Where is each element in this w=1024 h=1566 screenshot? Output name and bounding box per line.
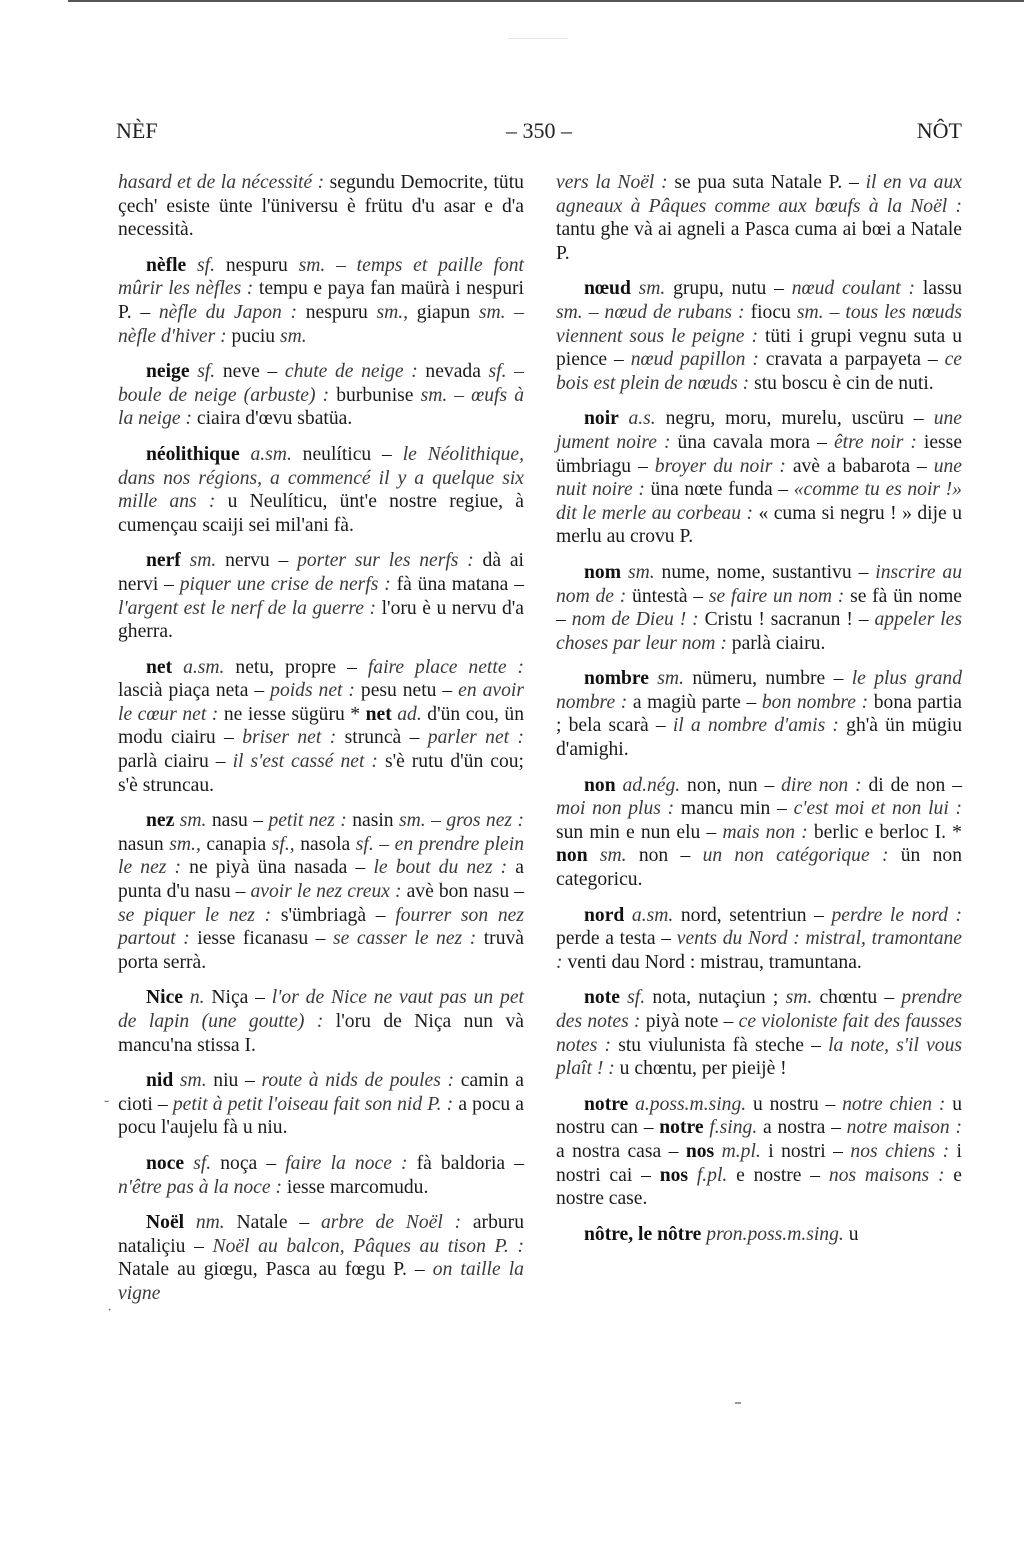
dictionary-entry: nœud sm. grupu, nutu – nœud coulant : la…: [556, 277, 962, 395]
translation-text: parlà ciairu –: [118, 751, 233, 772]
french-or-grammar-text: avoir le nez creux :: [251, 881, 407, 902]
french-or-grammar-text: sm.,: [377, 302, 417, 323]
translation-text: üntestà –: [632, 586, 709, 607]
french-or-grammar-text: l'argent est le nerf de la guerre :: [118, 598, 382, 619]
translation-text: ne piyà üna nasada –: [189, 857, 373, 878]
translation-text: nume, nome, sustantivu –: [662, 562, 876, 583]
translation-text: nota, nutaçiun ;: [652, 987, 785, 1008]
french-or-grammar-text: notre maison :: [847, 1117, 962, 1138]
dictionary-entry: Nice n. Niça – l'or de Nice ne vaut pas …: [118, 986, 524, 1057]
dictionary-entry: noir a.s. negru, moru, murelu, uscüru – …: [556, 407, 962, 549]
translation-text: mancu min –: [681, 798, 794, 819]
french-or-grammar-text: nœud papillon :: [631, 349, 766, 370]
translation-text: nevada: [425, 361, 488, 382]
french-or-grammar-text: sf.: [197, 361, 223, 382]
headword: nez: [146, 810, 180, 831]
translation-text: Cristu ! sacranun ! –: [705, 609, 875, 630]
dictionary-entry: nôtre, le nôtre pron.poss.m.sing. u: [556, 1223, 962, 1247]
headword: nerf: [146, 550, 190, 571]
translation-text: stu boscu è cin de nuti.: [754, 373, 934, 394]
scan-top-edge: [68, 0, 1024, 2]
translation-text: a nostra casa –: [556, 1141, 686, 1162]
french-or-grammar-text: nèfle du Japon :: [159, 302, 306, 323]
french-or-grammar-text: m.pl.: [722, 1141, 769, 1162]
translation-text: nasola: [300, 834, 356, 855]
translation-text: e nostre –: [736, 1165, 829, 1186]
translation-text: netu, propre –: [235, 657, 367, 678]
dictionary-entry: néolithique a.sm. neulíticu – le Néolith…: [118, 443, 524, 537]
headword: Noël: [146, 1212, 196, 1233]
translation-text: ne iesse sügüru *: [224, 704, 366, 725]
translation-text: piyà note –: [646, 1011, 739, 1032]
french-or-grammar-text: notre chien :: [842, 1094, 952, 1115]
french-or-grammar-text: ad.: [397, 704, 427, 725]
french-or-grammar-text: sm.: [628, 562, 662, 583]
translation-text: niu –: [213, 1070, 261, 1091]
french-or-grammar-text: sm.,: [169, 834, 206, 855]
dictionary-entry: nerf sm. nervu – porter sur les nerfs : …: [118, 549, 524, 643]
headword: néolithique: [146, 444, 250, 465]
headword: nos: [660, 1165, 697, 1186]
headword: neige: [146, 361, 197, 382]
translation-text: fà üna matana –: [397, 574, 524, 595]
translation-text: nervu –: [225, 550, 297, 571]
translation-text: iesse ficanasu –: [197, 928, 333, 949]
french-or-grammar-text: nos maisons :: [829, 1165, 953, 1186]
headword: non: [584, 775, 622, 796]
page-header: NÈF – 350 – NÔT: [116, 118, 962, 148]
french-or-grammar-text: mais non :: [722, 822, 813, 843]
dictionary-entry: net a.sm. netu, propre – faire place net…: [118, 656, 524, 798]
french-or-grammar-text: poids net :: [270, 680, 361, 701]
french-or-grammar-text: un non catégorique :: [703, 845, 901, 866]
french-or-grammar-text: a.s.: [628, 408, 665, 429]
right-guide-word: NÔT: [917, 118, 962, 144]
entry-continuation: hasard et de la nécessité : segundu Demo…: [118, 171, 524, 242]
translation-text: neve –: [223, 361, 285, 382]
french-or-grammar-text: nos chiens :: [850, 1141, 956, 1162]
translation-text: nasin: [352, 810, 399, 831]
french-or-grammar-text: piquer une crise de nerfs :: [180, 574, 397, 595]
french-or-grammar-text: sm. – nœud de rubans :: [556, 302, 751, 323]
translation-text: nümeru, numbre –: [692, 668, 851, 689]
page-footer-mark: [735, 1402, 741, 1404]
french-or-grammar-text: nœud coulant :: [792, 278, 923, 299]
translation-text: struncà –: [345, 727, 428, 748]
french-or-grammar-text: bon nombre :: [762, 692, 874, 713]
translation-text: u: [849, 1224, 859, 1245]
translation-text: nasu –: [212, 810, 269, 831]
french-or-grammar-text: se piquer le nez :: [118, 905, 281, 926]
headword: noce: [146, 1153, 193, 1174]
french-or-grammar-text: faire place nette :: [368, 657, 524, 678]
dictionary-entry: nez sm. nasu – petit nez : nasin sm. – g…: [118, 809, 524, 974]
french-or-grammar-text: sm.: [786, 987, 820, 1008]
translation-text: avè bon nasu –: [407, 881, 524, 902]
translation-text: Natale –: [236, 1212, 320, 1233]
translation-text: u chœntu, per pieijè !: [620, 1058, 787, 1079]
french-or-grammar-text: briser net :: [242, 727, 344, 748]
translation-text: nespuru: [226, 255, 299, 276]
page-number: – 350 –: [116, 118, 962, 144]
translation-text: canapia: [206, 834, 271, 855]
translation-text: a nostra –: [763, 1117, 847, 1138]
translation-text: fà baldoria –: [417, 1153, 524, 1174]
translation-text: nespuru: [306, 302, 377, 323]
french-or-grammar-text: sf.: [197, 255, 226, 276]
scan-artifact-line: [508, 38, 568, 39]
headword: nos: [686, 1141, 722, 1162]
headword: nom: [584, 562, 628, 583]
dictionary-entry: nord a.sm. nord, setentriun – perdre le …: [556, 904, 962, 975]
dictionary-entry: Noël nm. Natale – arbre de Noël : arburu…: [118, 1211, 524, 1305]
translation-text: noça –: [220, 1153, 285, 1174]
french-or-grammar-text: sf.: [627, 987, 652, 1008]
translation-text: stu viulunista fà steche –: [618, 1035, 828, 1056]
french-or-grammar-text: ad.nég.: [622, 775, 687, 796]
translation-text: pesu netu –: [361, 680, 458, 701]
french-or-grammar-text: parler net :: [428, 727, 524, 748]
french-or-grammar-text: nom de Dieu ! :: [572, 609, 705, 630]
translation-text: venti dau Nord : mistrau, tramuntana.: [567, 952, 861, 973]
french-or-grammar-text: petit à petit l'oiseau fait son nid P. :: [173, 1094, 458, 1115]
french-or-grammar-text: a.sm.: [632, 905, 681, 926]
headword: Nice: [146, 987, 190, 1008]
french-or-grammar-text: sm.: [639, 278, 673, 299]
translation-text: berlic e berloc I. *: [814, 822, 962, 843]
french-or-grammar-text: se faire un nom :: [709, 586, 850, 607]
french-or-grammar-text: n.: [190, 987, 212, 1008]
french-or-grammar-text: faire la noce :: [285, 1153, 416, 1174]
translation-text: negru, moru, murelu, uscüru –: [666, 408, 934, 429]
translation-text: a magiù parte –: [633, 692, 762, 713]
headword: nord: [584, 905, 632, 926]
translation-text: lassu: [923, 278, 962, 299]
translation-text: avè a babarota –: [793, 456, 934, 477]
translation-text: i nostri –: [768, 1141, 850, 1162]
french-or-grammar-text: sm.: [180, 1070, 213, 1091]
french-or-grammar-text: sf.,: [272, 834, 300, 855]
translation-text: nasun: [118, 834, 169, 855]
translation-text: üna cavala mora –: [678, 432, 834, 453]
translation-text: cravata a parpayeta –: [766, 349, 945, 370]
french-or-grammar-text: être noir :: [834, 432, 924, 453]
french-or-grammar-text: sm.: [190, 550, 225, 571]
dictionary-entry: nèfle sf. nespuru sm. – temps et paille …: [118, 254, 524, 348]
french-or-grammar-text: sm.: [657, 668, 692, 689]
french-or-grammar-text: hasard et de la nécessité :: [118, 172, 330, 193]
french-or-grammar-text: sm. – gros nez :: [399, 810, 524, 831]
translation-text: fiocu: [751, 302, 797, 323]
dictionary-entry: nid sm. niu – route à nids de poules : c…: [118, 1069, 524, 1140]
translation-text: neulíticu –: [303, 444, 403, 465]
translation-text: se pua suta Natale P. –: [674, 172, 865, 193]
french-or-grammar-text: a.sm.: [250, 444, 302, 465]
headword: notre: [584, 1094, 635, 1115]
french-or-grammar-text: arbre de Noël :: [321, 1212, 473, 1233]
french-or-grammar-text: n'être pas à la noce :: [118, 1177, 287, 1198]
margin-dot: ·: [107, 1302, 112, 1320]
left-column: hasard et de la nécessité : segundu Demo…: [118, 171, 524, 1318]
headword: net: [146, 657, 183, 678]
translation-text: s'ümbriagà –: [281, 905, 395, 926]
dictionary-entry: notre a.poss.m.sing. u nostru – notre ch…: [556, 1093, 962, 1211]
translation-text: üna nœte funda –: [650, 479, 793, 500]
translation-text: nord, setentriun –: [681, 905, 832, 926]
dictionary-entry: nom sm. nume, nome, sustantivu – inscrir…: [556, 561, 962, 655]
headword: noir: [584, 408, 628, 429]
french-or-grammar-text: pron.poss.m.sing.: [706, 1224, 848, 1245]
french-or-grammar-text: dire non :: [781, 775, 868, 796]
dictionary-entry: neige sf. neve – chute de neige : nevada…: [118, 360, 524, 431]
headword: nèfle: [146, 255, 197, 276]
french-or-grammar-text: nm.: [196, 1212, 237, 1233]
french-or-grammar-text: il a nombre d'amis :: [673, 715, 846, 736]
headword: non: [556, 845, 600, 866]
right-column: vers la Noël : se pua suta Natale P. – i…: [556, 171, 962, 1258]
headword: net: [366, 704, 398, 725]
french-or-grammar-text: porter sur les nerfs :: [297, 550, 482, 571]
translation-text: giapun: [417, 302, 479, 323]
french-or-grammar-text: broyer du noir :: [655, 456, 793, 477]
translation-text: Natale au giœgu, Pasca au fœgu P. –: [118, 1259, 433, 1280]
translation-text: chœntu –: [819, 987, 901, 1008]
french-or-grammar-text: il s'est cassé net :: [233, 751, 385, 772]
dictionary-entry: nombre sm. nümeru, numbre – le plus gran…: [556, 667, 962, 761]
translation-text: ciaira d'œvu sbatüa.: [197, 408, 352, 429]
translation-text: di de non –: [868, 775, 962, 796]
french-or-grammar-text: f.sing.: [709, 1117, 763, 1138]
translation-text: non –: [639, 845, 703, 866]
french-or-grammar-text: se casser le nez :: [333, 928, 484, 949]
headword: note: [584, 987, 627, 1008]
french-or-grammar-text: Noël au balcon, Pâques au tison P. :: [213, 1236, 524, 1257]
translation-text: puciu: [232, 326, 280, 347]
french-or-grammar-text: route à nids de poules :: [261, 1070, 460, 1091]
french-or-grammar-text: a.sm.: [183, 657, 235, 678]
translation-text: burbunise: [336, 385, 420, 406]
headword: nœud: [584, 278, 639, 299]
dictionary-entry: non ad.nég. non, nun – dire non : di de …: [556, 774, 962, 892]
entry-continuation: vers la Noël : se pua suta Natale P. – i…: [556, 171, 962, 265]
french-or-grammar-text: perdre le nord :: [832, 905, 963, 926]
french-or-grammar-text: petit nez :: [268, 810, 352, 831]
translation-text: lascià piaça neta –: [118, 680, 270, 701]
translation-text: tantu ghe và ai agneli a Pasca cuma ai b…: [556, 219, 962, 264]
translation-text: perde a testa –: [556, 928, 677, 949]
french-or-grammar-text: c'est moi et non lui :: [794, 798, 962, 819]
french-or-grammar-text: moi non plus :: [556, 798, 681, 819]
headword: notre: [659, 1117, 709, 1138]
french-or-grammar-text: vers la Noël :: [556, 172, 674, 193]
french-or-grammar-text: chute de neige :: [285, 361, 426, 382]
french-or-grammar-text: sf.: [193, 1153, 220, 1174]
margin-dot: -: [104, 1092, 109, 1110]
translation-text: iesse marcomudu.: [287, 1177, 428, 1198]
french-or-grammar-text: a.poss.m.sing.: [635, 1094, 753, 1115]
dictionary-entry: note sf. nota, nutaçiun ; sm. chœntu – p…: [556, 986, 962, 1080]
french-or-grammar-text: sm.: [600, 845, 639, 866]
translation-text: Niça –: [211, 987, 271, 1008]
french-or-grammar-text: sm.: [180, 810, 212, 831]
headword: nôtre, le nôtre: [584, 1224, 706, 1245]
translation-text: non, nun –: [687, 775, 781, 796]
headword: nombre: [584, 668, 657, 689]
headword: nid: [146, 1070, 180, 1091]
french-or-grammar-text: f.pl.: [697, 1165, 736, 1186]
translation-text: sun min e nun elu –: [556, 822, 722, 843]
translation-text: grupu, nutu –: [673, 278, 792, 299]
dictionary-entry: noce sf. noça – faire la noce : fà baldo…: [118, 1152, 524, 1199]
translation-text: u nostru –: [753, 1094, 842, 1115]
translation-text: parlà ciairu.: [732, 633, 826, 654]
french-or-grammar-text: sm.: [280, 326, 307, 347]
french-or-grammar-text: le bout du nez :: [373, 857, 515, 878]
